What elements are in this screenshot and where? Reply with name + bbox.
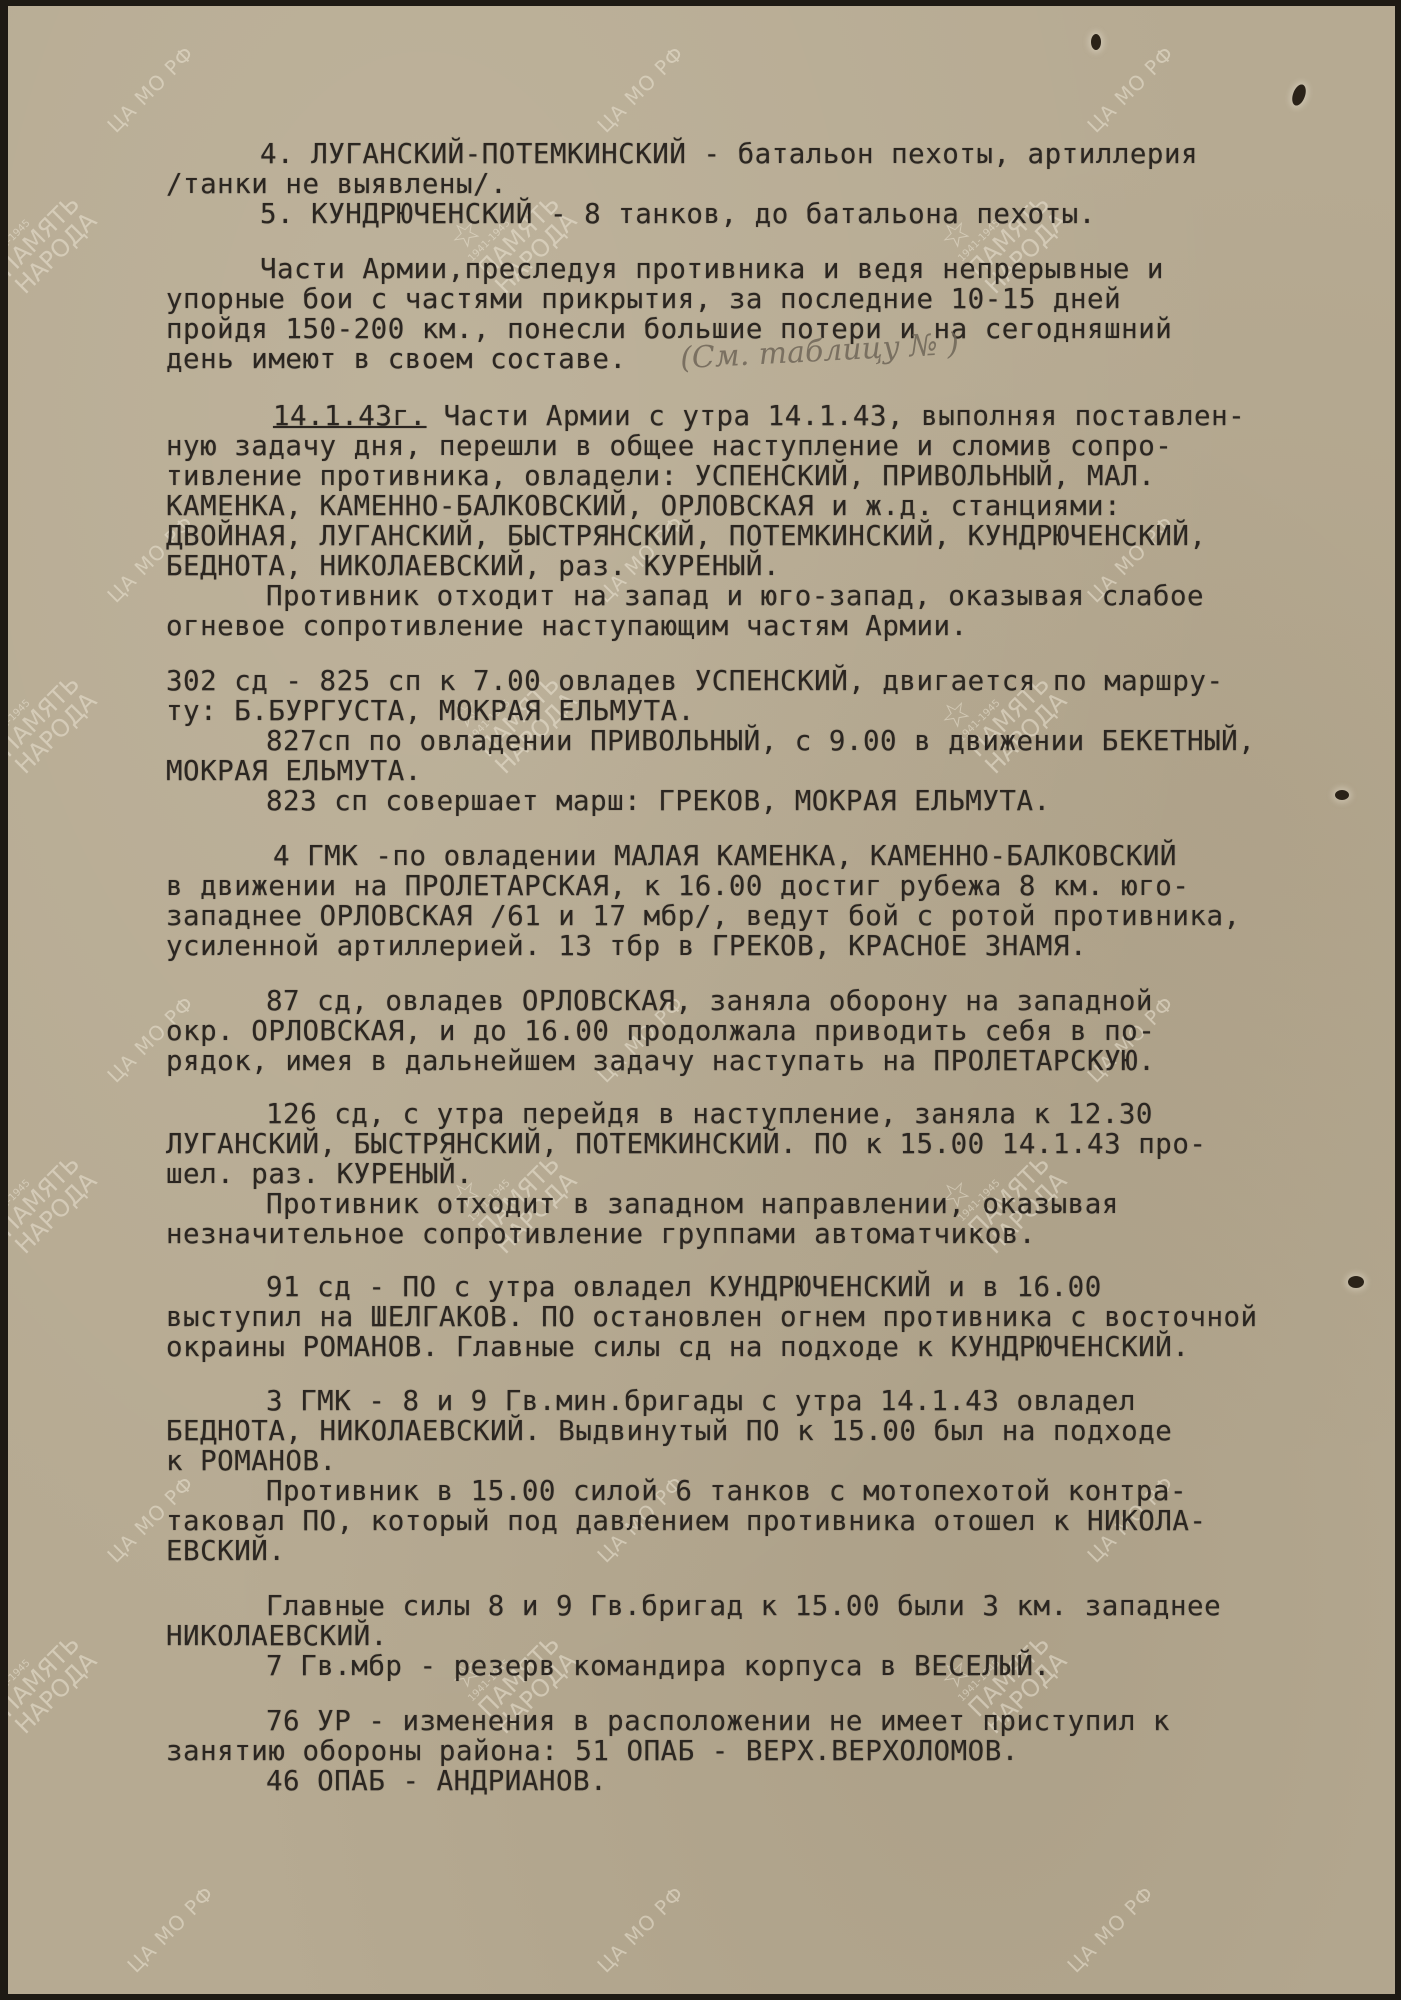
punch-hole xyxy=(1091,34,1101,50)
text-line: 4 ГМК -по овладении МАЛАЯ КАМЕНКА, КАМЕН… xyxy=(273,841,1177,871)
text-line: Главные силы 8 и 9 Гв.бригад к 15.00 был… xyxy=(266,1591,1221,1621)
text-line: 91 сд - ПО с утра овладел КУНДРЮЧЕНСКИЙ … xyxy=(266,1272,1102,1302)
text-line: упорные бои с частями прикрытия, за посл… xyxy=(166,284,1121,314)
text-line: окраины РОМАНОВ. Главные силы сд на подх… xyxy=(166,1332,1189,1362)
text-line: рядок, имея в дальнейшем задачу наступат… xyxy=(166,1046,1155,1076)
text-line: в движении на ПРОЛЕТАРСКАЯ, к 16.00 дост… xyxy=(166,871,1189,901)
punch-hole xyxy=(1335,790,1349,800)
text-line: выступил на ШЕЛГАКОВ. ПО остановлен огне… xyxy=(166,1302,1258,1332)
text-line: Противник отходит в западном направлении… xyxy=(266,1189,1119,1219)
text-line: КАМЕНКА, КАМЕННО-БАЛКОВСКИЙ, ОРЛОВСКАЯ и… xyxy=(166,491,1121,521)
document-page: ЦА МО РФ ЦА МО РФ ЦА МО РФ ЦА МО РФ ЦА М… xyxy=(8,6,1395,1994)
text-line: МОКРАЯ ЕЛЬМУТА. xyxy=(166,756,422,786)
text-line: 126 сд, с утра перейдя в наступление, за… xyxy=(266,1099,1153,1129)
text-line: день имеют в своем составе. xyxy=(166,344,627,374)
text-line: БЕДНОТА, НИКОЛАЕВСКИЙ. Выдвинутый ПО к 1… xyxy=(166,1416,1172,1446)
text-line: БЕДНОТА, НИКОЛАЕВСКИЙ, раз. КУРЕНЫЙ. xyxy=(166,551,780,581)
text-line: 76 УР - изменения в расположении не имее… xyxy=(266,1706,1170,1736)
text-line: 46 ОПАБ - АНДРИАНОВ. xyxy=(266,1766,607,1796)
text-line: таковал ПО, который под давлением против… xyxy=(166,1506,1206,1536)
text-line: ЕВСКИЙ. xyxy=(166,1536,285,1566)
text-line: ту: Б.БУРГУСТА, МОКРАЯ ЕЛЬМУТА. xyxy=(166,696,695,726)
text-line: 823 сп совершает марш: ГРЕКОВ, МОКРАЯ ЕЛ… xyxy=(266,786,1051,816)
text-line: к РОМАНОВ. xyxy=(166,1446,337,1476)
text-line: 302 сд - 825 сп к 7.00 овладев УСПЕНСКИЙ… xyxy=(166,666,1224,696)
text-line: окр. ОРЛОВСКАЯ, и до 16.00 продолжала пр… xyxy=(166,1016,1155,1046)
text-line: Противник в 15.00 силой 6 танков с мотоп… xyxy=(266,1476,1187,1506)
text-line: ЛУГАНСКИЙ, БЫСТРЯНСКИЙ, ПОТЕМКИНСКИЙ. ПО… xyxy=(166,1129,1206,1159)
punch-hole xyxy=(1348,1276,1364,1288)
text-line: 87 сд, овладев ОРЛОВСКАЯ, заняла оборону… xyxy=(266,986,1153,1016)
text-line: 14.1.43г. Части Армии с утра 14.1.43, вы… xyxy=(273,401,1245,431)
text-line: огневое сопротивление наступающим частям… xyxy=(166,611,968,641)
text-line: 3 ГМК - 8 и 9 Гв.мин.бригады с утра 14.1… xyxy=(266,1386,1136,1416)
text-line: /танки не выявлены/. xyxy=(166,169,507,199)
text-line: западнее ОРЛОВСКАЯ /61 и 17 мбр/, ведут … xyxy=(166,901,1241,931)
text-line: пройдя 150-200 км., понесли большие поте… xyxy=(166,314,1172,344)
text-line: 7 Гв.мбр - резерв командира корпуса в ВЕ… xyxy=(266,1651,1051,1681)
text-line: ДВОЙНАЯ, ЛУГАНСКИЙ, БЫСТРЯНСКИЙ, ПОТЕМКИ… xyxy=(166,521,1206,551)
report-date: 14.1.43г. xyxy=(273,400,427,432)
text-line: 827сп по овладении ПРИВОЛЬНЫЙ, с 9.00 в … xyxy=(266,726,1255,756)
text-line: шел. раз. КУРЕНЫЙ. xyxy=(166,1159,473,1189)
text-line: Противник отходит на запад и юго-запад, … xyxy=(266,581,1204,611)
text-line: усиленной артиллерией. 13 тбр в ГРЕКОВ, … xyxy=(166,931,1087,961)
text-line: НИКОЛАЕВСКИЙ. xyxy=(166,1621,388,1651)
text-line: 5. КУНДРЮЧЕНСКИЙ - 8 танков, до батальон… xyxy=(260,199,1096,229)
text-line: ную задачу дня, перешли в общее наступле… xyxy=(166,431,1172,461)
typed-text-body: 4. ЛУГАНСКИЙ-ПОТЕМКИНСКИЙ - батальон пех… xyxy=(8,6,1395,1994)
text-line: занятию обороны района: 51 ОПАБ - ВЕРХ.В… xyxy=(166,1736,1019,1766)
text-line: 4. ЛУГАНСКИЙ-ПОТЕМКИНСКИЙ - батальон пех… xyxy=(260,139,1198,169)
text-line: Части Армии,преследуя противника и ведя … xyxy=(260,254,1164,284)
text-line: тивление противника, овладели: УСПЕНСКИЙ… xyxy=(166,461,1155,491)
text-line: незначительное сопротивление группами ав… xyxy=(166,1219,1036,1249)
